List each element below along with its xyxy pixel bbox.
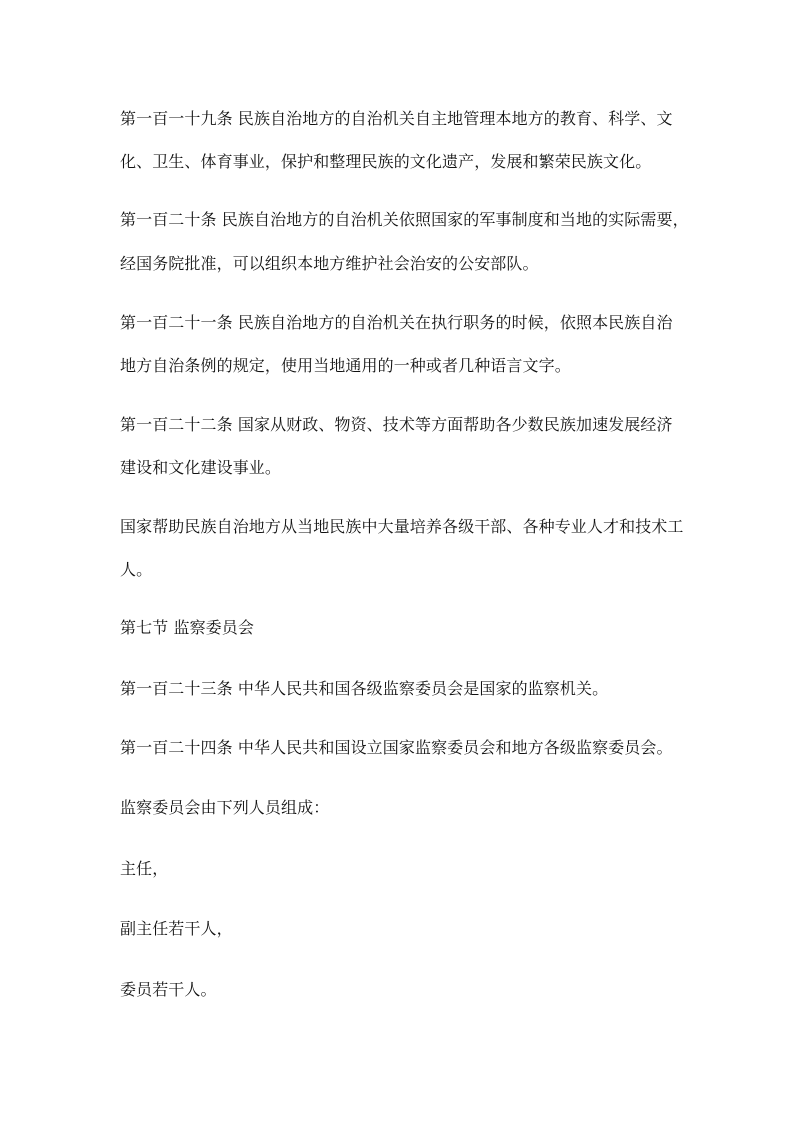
member-committee-members: 委员若干人。 <box>120 980 690 1000</box>
composition-intro: 监察委员会由下列人员组成： <box>120 798 690 818</box>
article-121-line-2: 地方自治条例的规定，使用当地通用的一种或者几种语言文字。 <box>120 356 690 376</box>
article-119-line-1: 第一百一十九条 民族自治地方的自治机关自主地管理本地方的教育、科学、文 <box>120 109 690 129</box>
article-122-line-1: 第一百二十二条 国家从财政、物资、技术等方面帮助各少数民族加速发展经济 <box>120 415 690 435</box>
article-122-para-2-line-1: 国家帮助民族自治地方从当地民族中大量培养各级干部、各种专业人才和技术工 <box>120 517 690 537</box>
article-122-line-2: 建设和文化建设事业。 <box>120 458 690 478</box>
article-120-line-2: 经国务院批准，可以组织本地方维护社会治安的公安部队。 <box>120 254 690 274</box>
document-page: 第一百一十九条 民族自治地方的自治机关自主地管理本地方的教育、科学、文 化、卫生… <box>0 0 793 1122</box>
article-124-line-1: 第一百二十四条 中华人民共和国设立国家监察委员会和地方各级监察委员会。 <box>120 738 690 758</box>
article-120-line-1: 第一百二十条 民族自治地方的自治机关依照国家的军事制度和当地的实际需要， <box>120 210 690 230</box>
article-121-line-1: 第一百二十一条 民族自治地方的自治机关在执行职务的时候，依照本民族自治 <box>120 313 690 333</box>
section-heading: 第七节 监察委员会 <box>120 618 690 638</box>
member-director: 主任， <box>120 859 690 879</box>
member-deputy-directors: 副主任若干人， <box>120 919 690 939</box>
article-123-line-1: 第一百二十三条 中华人民共和国各级监察委员会是国家的监察机关。 <box>120 679 690 699</box>
article-119-line-2: 化、卫生、体育事业，保护和整理民族的文化遗产，发展和繁荣民族文化。 <box>120 152 690 172</box>
article-122-para-2-line-2: 人。 <box>120 560 690 580</box>
